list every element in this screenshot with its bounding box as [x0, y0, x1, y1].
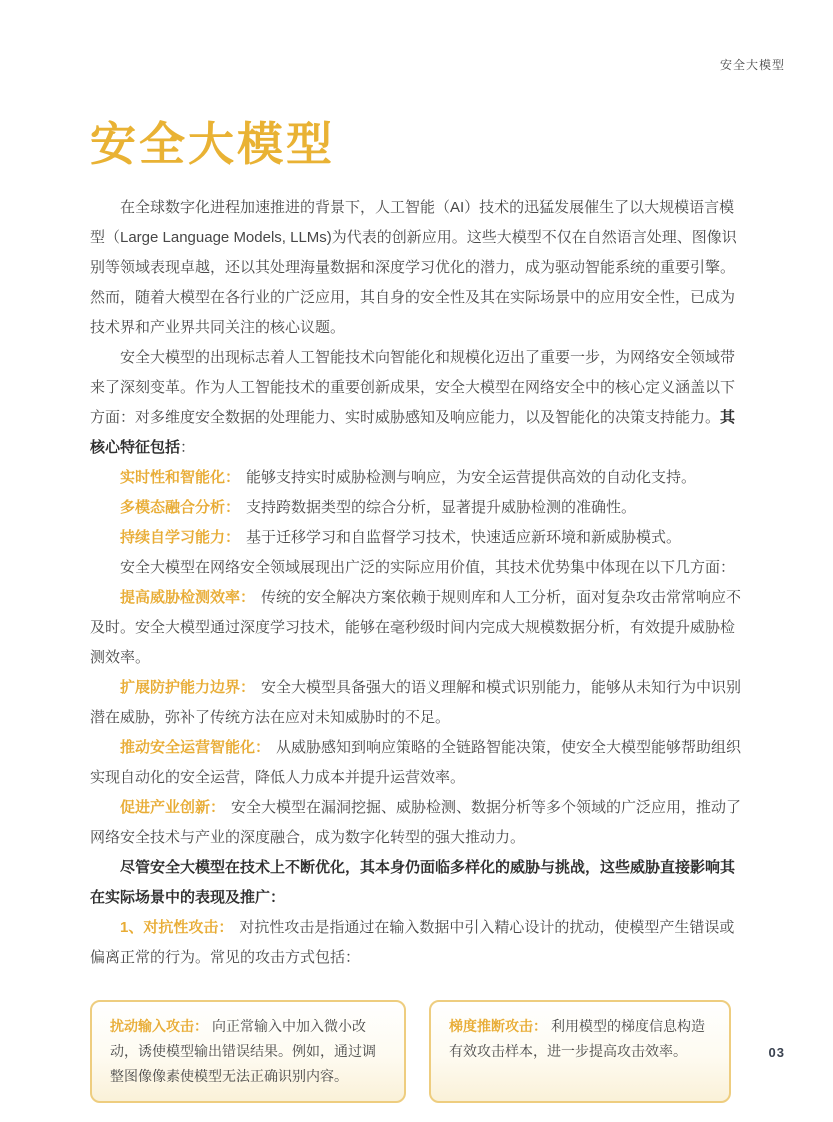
feature-label: 实时性和智能化： [120, 469, 240, 486]
paragraph-intro-2: 安全大模型的出现标志着人工智能技术向智能化和规模化迈出了重要一步，为网络安全领域… [90, 343, 746, 463]
advantage-label: 提高威胁检测效率： [120, 589, 255, 606]
feature-text: 能够支持实时威胁检测与响应，为安全运营提供高效的自动化支持。 [246, 469, 696, 486]
page-header: 安全大模型 [720, 56, 785, 73]
feature-text: 基于迁移学习和自监督学习技术，快速适应新环境和新威胁模式。 [246, 529, 681, 546]
page-title: 安全大模型 [90, 118, 746, 171]
intro-2-text: 安全大模型的出现标志着人工智能技术向智能化和规模化迈出了重要一步，为网络安全领域… [90, 349, 735, 426]
page-number: 03 [769, 1045, 785, 1060]
advantage-item-innovation: 促进产业创新：安全大模型在漏洞挖掘、威胁检测、数据分析等多个领域的广泛应用，推动… [90, 793, 746, 853]
advantage-item-detection: 提高威胁检测效率：传统的安全解决方案依赖于规则库和人工分析，面对复杂攻击常常响应… [90, 583, 746, 673]
feature-label: 持续自学习能力： [120, 529, 240, 546]
paragraph-advantages-intro: 安全大模型在网络安全领域展现出广泛的实际应用价值，其技术优势集中体现在以下几方面… [90, 553, 746, 583]
feature-label: 多模态融合分析： [120, 499, 240, 516]
feature-item-selflearning: 持续自学习能力：基于迁移学习和自监督学习技术，快速适应新环境和新威胁模式。 [90, 523, 746, 553]
attack-card-label: 扰动输入攻击： [110, 1018, 208, 1034]
threat-item-adversarial: 1、对抗性攻击：对抗性攻击是指通过在输入数据中引入精心设计的扰动，使模型产生错误… [90, 913, 746, 973]
advantage-label: 扩展防护能力边界： [120, 679, 255, 696]
attack-card-perturbation: 扰动输入攻击：向正常输入中加入微小改动，诱使模型输出错误结果。例如，通过调整图像… [90, 1000, 406, 1103]
paragraph-intro-1: 在全球数字化进程加速推进的背景下，人工智能（AI）技术的迅猛发展催生了以大规模语… [90, 193, 746, 343]
attack-cards-row: 扰动输入攻击：向正常输入中加入微小改动，诱使模型输出错误结果。例如，通过调整图像… [90, 1000, 746, 1103]
advantage-item-operations: 推动安全运营智能化：从威胁感知到响应策略的全链路智能决策，使安全大模型能够帮助组… [90, 733, 746, 793]
advantage-label: 促进产业创新： [120, 799, 225, 816]
paragraph-challenges: 尽管安全大模型在技术上不断优化，其本身仍面临多样化的威胁与挑战，这些威胁直接影响… [90, 853, 746, 913]
advantage-label: 推动安全运营智能化： [120, 739, 270, 756]
feature-item-multimodal: 多模态融合分析：支持跨数据类型的综合分析，显著提升威胁检测的准确性。 [90, 493, 746, 523]
intro-2-tail: ： [180, 439, 195, 456]
advantage-item-boundary: 扩展防护能力边界：安全大模型具备强大的语义理解和模式识别能力，能够从未知行为中识… [90, 673, 746, 733]
threat-label: 1、对抗性攻击： [120, 919, 233, 936]
attack-card-gradient: 梯度推断攻击：利用模型的梯度信息构造有效攻击样本，进一步提高攻击效率。 [429, 1000, 731, 1103]
feature-text: 支持跨数据类型的综合分析，显著提升威胁检测的准确性。 [246, 499, 636, 516]
document-content: 安全大模型 在全球数字化进程加速推进的背景下，人工智能（AI）技术的迅猛发展催生… [90, 118, 746, 1103]
attack-card-label: 梯度推断攻击： [449, 1018, 547, 1034]
header-chapter-label: 安全大模型 [720, 58, 785, 72]
feature-item-realtime: 实时性和智能化：能够支持实时威胁检测与响应，为安全运营提供高效的自动化支持。 [90, 463, 746, 493]
body-text: 在全球数字化进程加速推进的背景下，人工智能（AI）技术的迅猛发展催生了以大规模语… [90, 193, 746, 1103]
